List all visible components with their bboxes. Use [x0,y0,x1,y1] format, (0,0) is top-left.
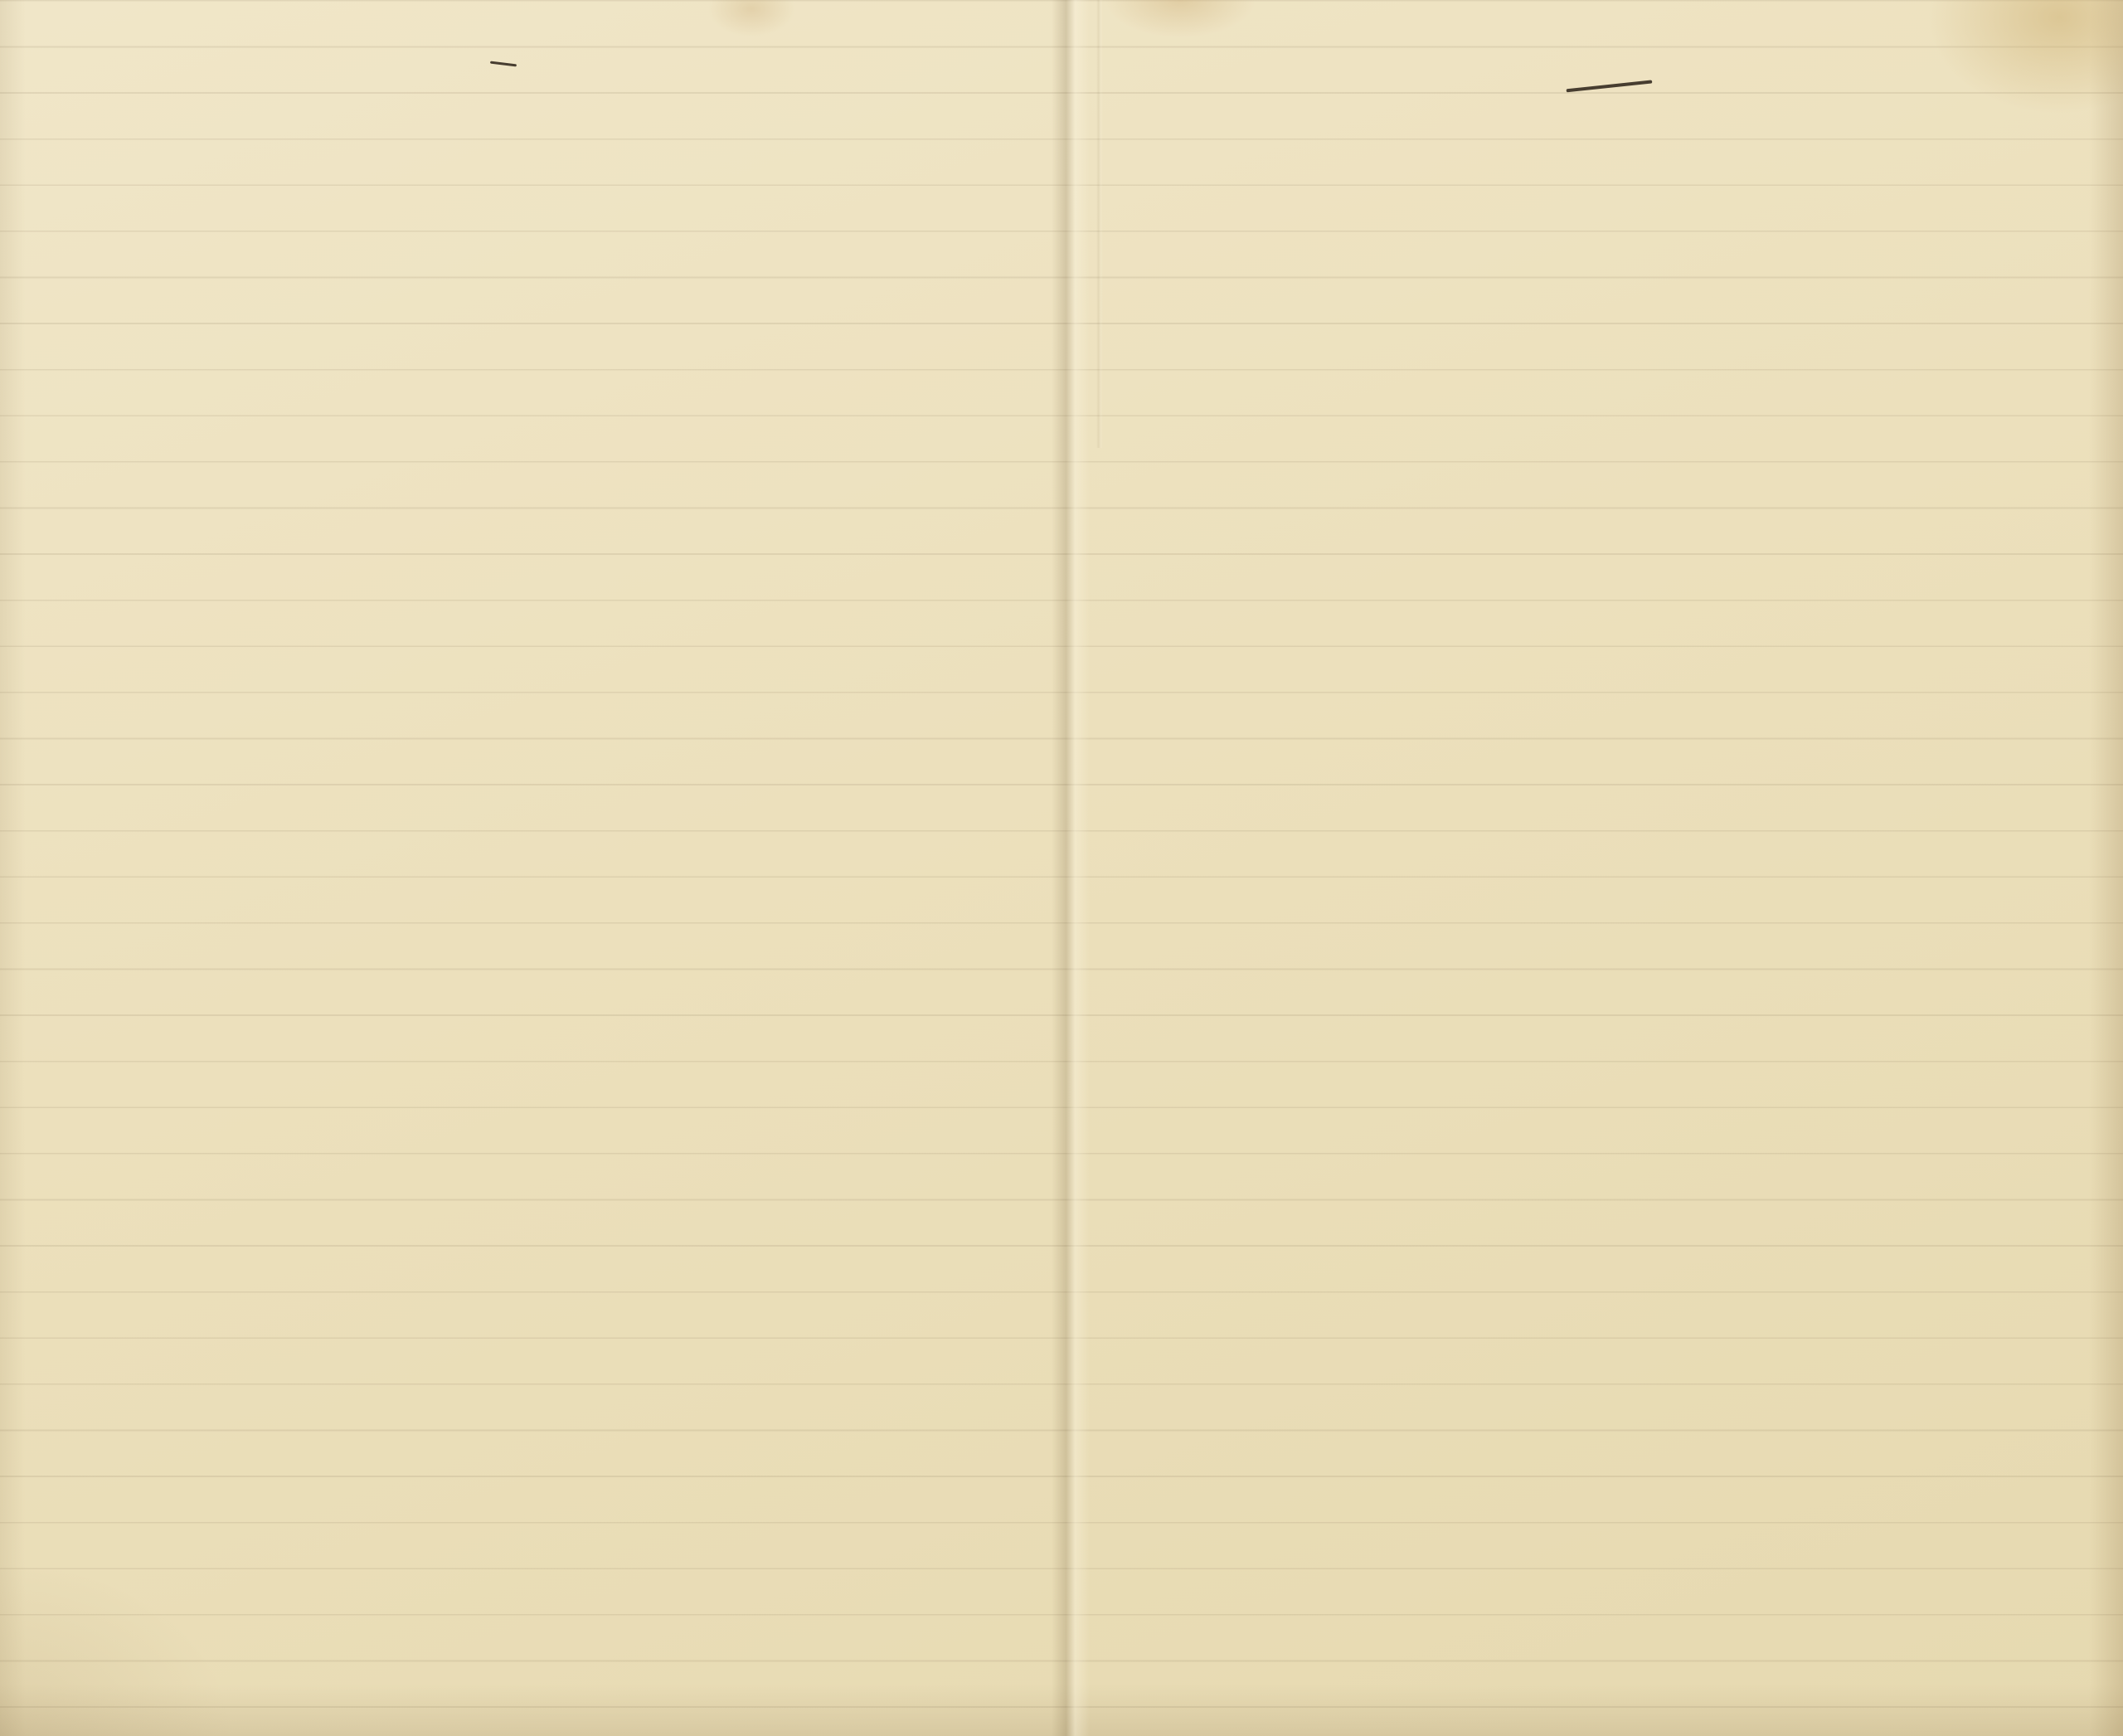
manuscript-scan [0,0,2123,1736]
handwriting-layer [0,0,2123,1736]
